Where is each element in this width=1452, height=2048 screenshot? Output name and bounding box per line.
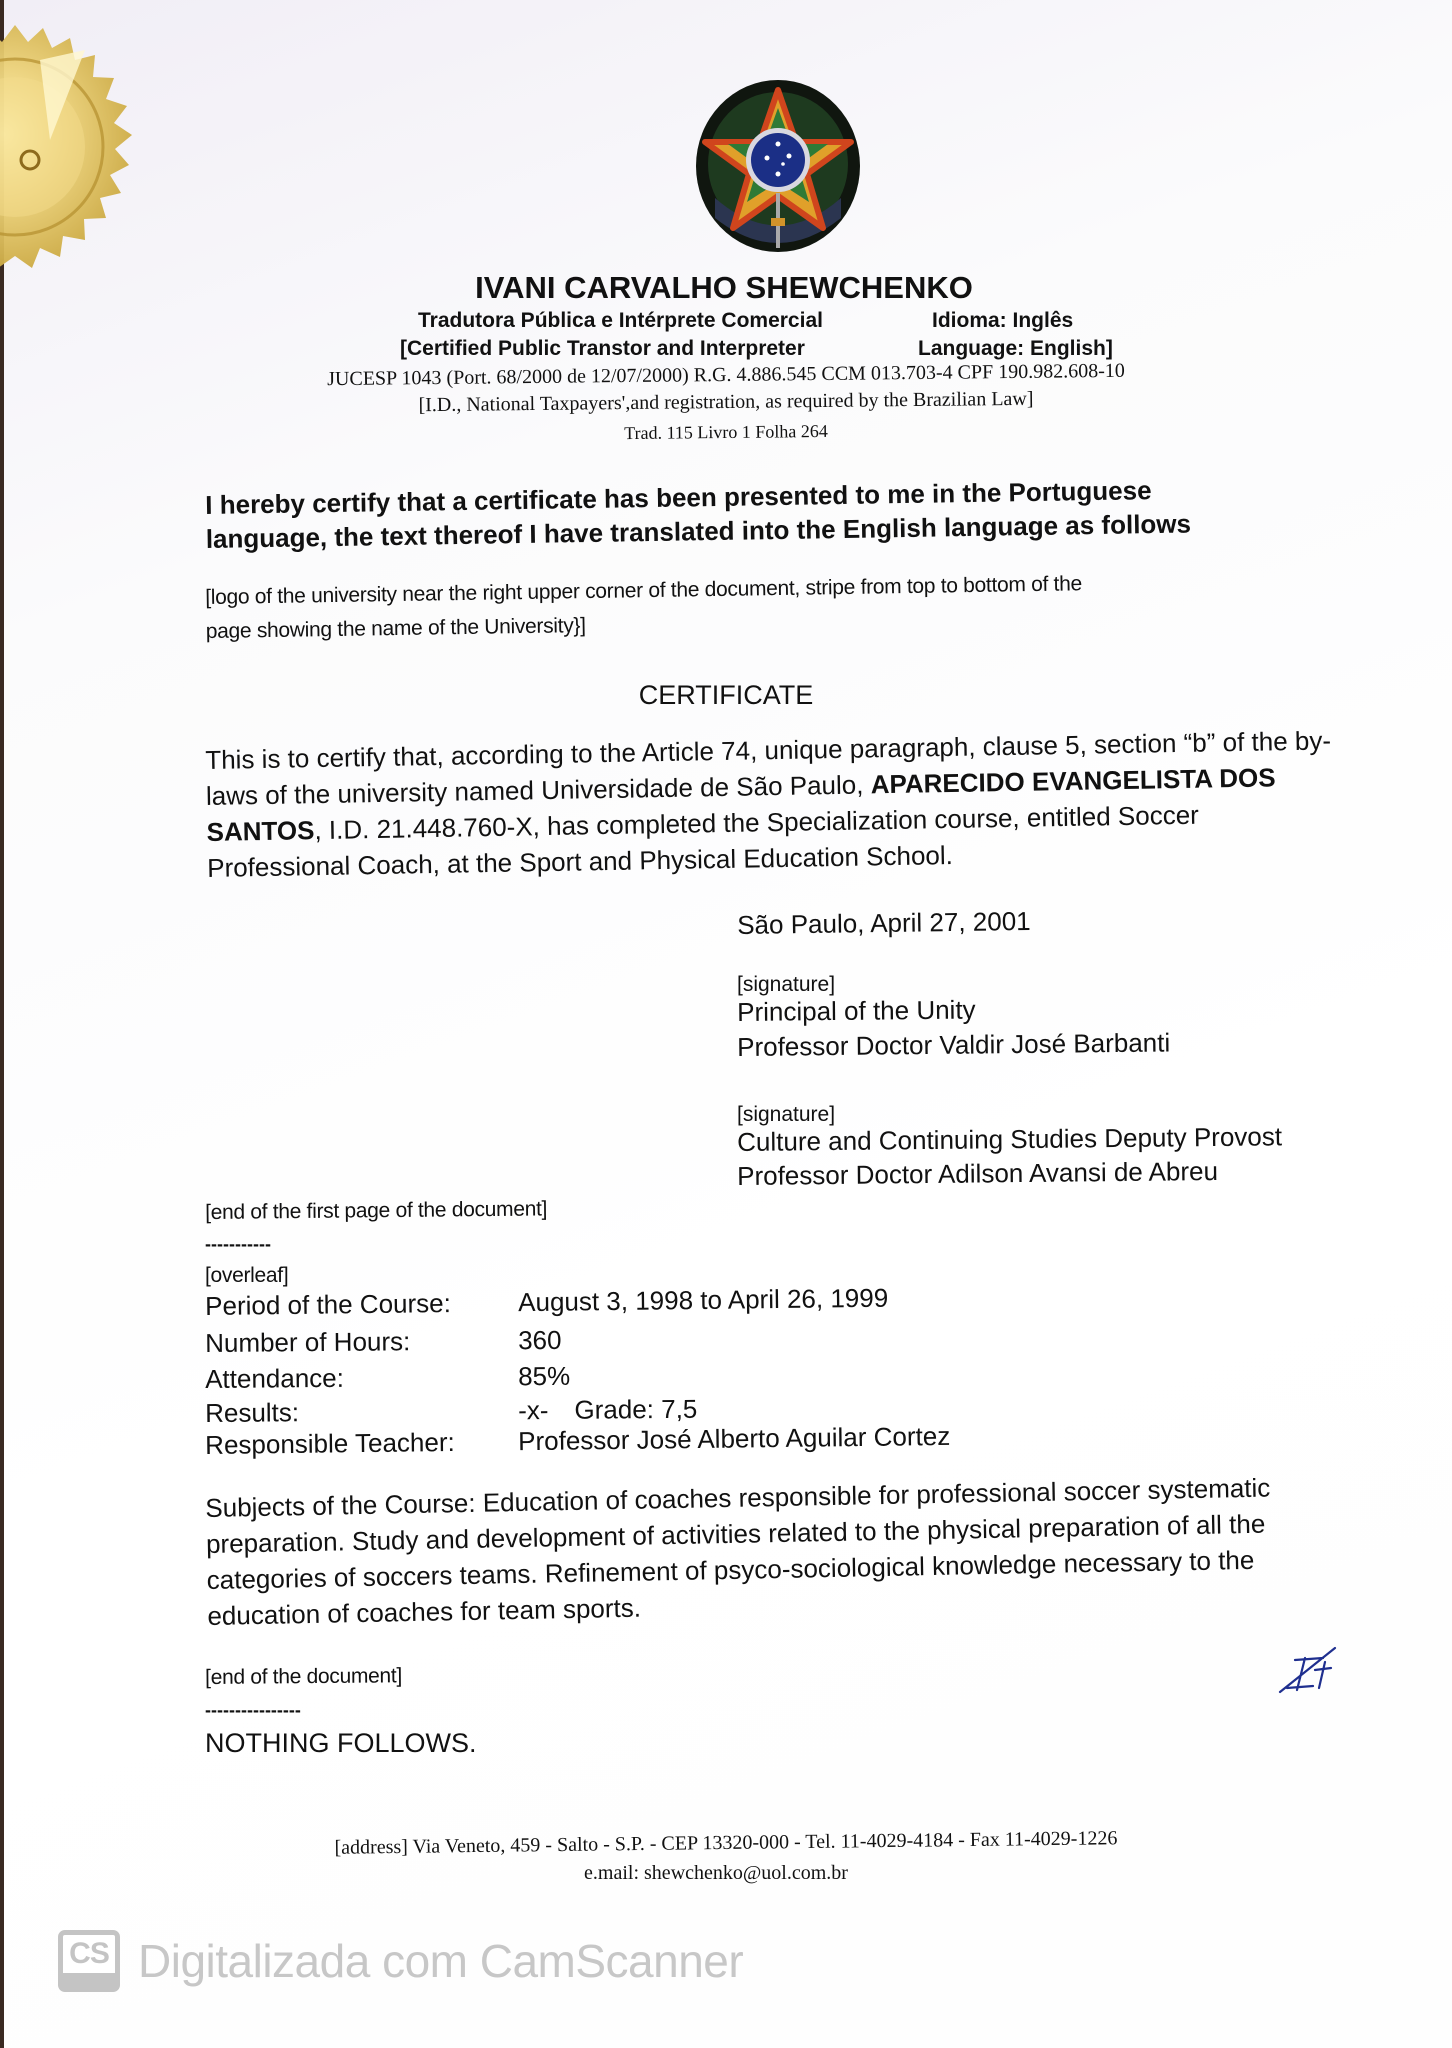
handwritten-initials-icon — [1275, 1640, 1345, 1700]
course-subjects: Subjects of the Course: Education of coa… — [205, 1468, 1348, 1634]
course-hours-row: Number of Hours:360 — [205, 1325, 562, 1359]
detail-value: August 3, 1998 to April 26, 1999 — [518, 1283, 888, 1318]
overleaf-note: [overleaf] — [205, 1264, 288, 1288]
brazil-coat-of-arms-icon — [693, 78, 863, 260]
language-pt: Idioma: Inglês — [932, 309, 1073, 333]
translator-title-pt: Tradutora Pública e Intérprete Comercial — [418, 309, 823, 333]
detail-label: Responsible Teacher: — [205, 1426, 518, 1461]
language-en: Language: English] — [918, 337, 1113, 361]
detail-label: Period of the Course: — [205, 1287, 518, 1322]
course-results-row: Results:-x-Grade: 7,5 — [205, 1394, 697, 1429]
translator-title-en: [Certified Public Transtor and Interpret… — [400, 337, 805, 361]
signatory-role: Culture and Continuing Studies Deputy Pr… — [737, 1121, 1282, 1158]
body-text-2: , I.D. 21.448.760-X, has completed the S… — [207, 800, 1199, 883]
signatory-name: Professor Doctor Adilson Avansi de Abreu — [737, 1156, 1218, 1192]
signatory-name: Professor Doctor Valdir José Barbanti — [737, 1027, 1170, 1063]
camscanner-logo-icon: CS — [58, 1930, 120, 1992]
end-first-page-note: [end of the first page of the document] — [205, 1197, 547, 1225]
translator-note: [logo of the university near the right u… — [205, 567, 1083, 649]
course-attendance-row: Attendance:85% — [205, 1361, 570, 1395]
separator: ---------------- — [205, 1700, 301, 1721]
detail-value: 360 — [518, 1325, 562, 1355]
place-date: São Paulo, April 27, 2001 — [737, 906, 1031, 941]
signatory-role: Principal of the Unity — [737, 995, 976, 1028]
nothing-follows: NOTHING FOLLOWS. — [205, 1728, 477, 1759]
end-document-note: [end of the document] — [205, 1664, 402, 1690]
signature-marker: [signature] — [737, 973, 835, 997]
detail-label: Attendance: — [205, 1361, 518, 1395]
footer-email: e.mail: shewchenko@uol.com.br — [0, 1862, 1442, 1885]
grade-value: Grade: 7,5 — [574, 1394, 697, 1425]
detail-value: 85% — [518, 1361, 570, 1391]
watermark-text: Digitalizada com CamScanner — [138, 1934, 743, 1988]
signature-marker: [signature] — [737, 1103, 835, 1127]
separator: ----------- — [205, 1234, 271, 1255]
detail-value: Professor José Alberto Aguilar Cortez — [518, 1421, 950, 1456]
camscanner-logo-text: CS — [69, 1935, 109, 1973]
certificate-body: This is to certify that, according to th… — [205, 722, 1347, 886]
detail-label: Number of Hours: — [205, 1325, 518, 1359]
detail-value: -x- — [518, 1395, 549, 1425]
translator-name: IVANI CARVALHO SHEWCHENKO — [0, 270, 1450, 306]
camscanner-watermark: CS Digitalizada com CamScanner — [58, 1930, 743, 1992]
detail-label: Results: — [205, 1395, 518, 1429]
certificate-title: CERTIFICATE — [0, 680, 1452, 711]
